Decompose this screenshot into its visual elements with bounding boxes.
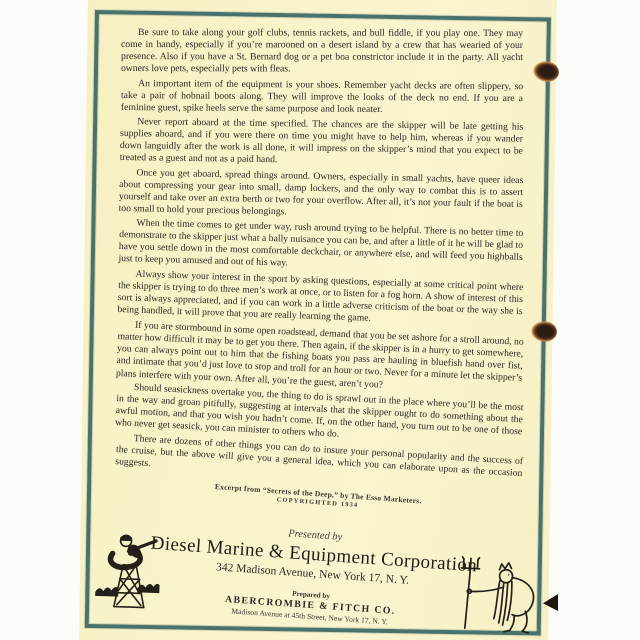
neptune-trident-illustration <box>451 556 551 639</box>
waves-left <box>95 586 118 596</box>
paragraph: Once you get aboard, spread things aroun… <box>119 167 524 224</box>
article-text: Be sure to take along your golf clubs, t… <box>121 27 523 607</box>
paragraph: Never report aboard at the time specifie… <box>120 116 524 170</box>
sailor-lookout-illustration <box>91 530 166 614</box>
paragraph: Be sure to take along your golf clubs, t… <box>121 27 523 77</box>
paragraph: An important item of the equipment is yo… <box>121 78 523 118</box>
paragraph: When the time comes to get under way, ru… <box>118 217 523 277</box>
